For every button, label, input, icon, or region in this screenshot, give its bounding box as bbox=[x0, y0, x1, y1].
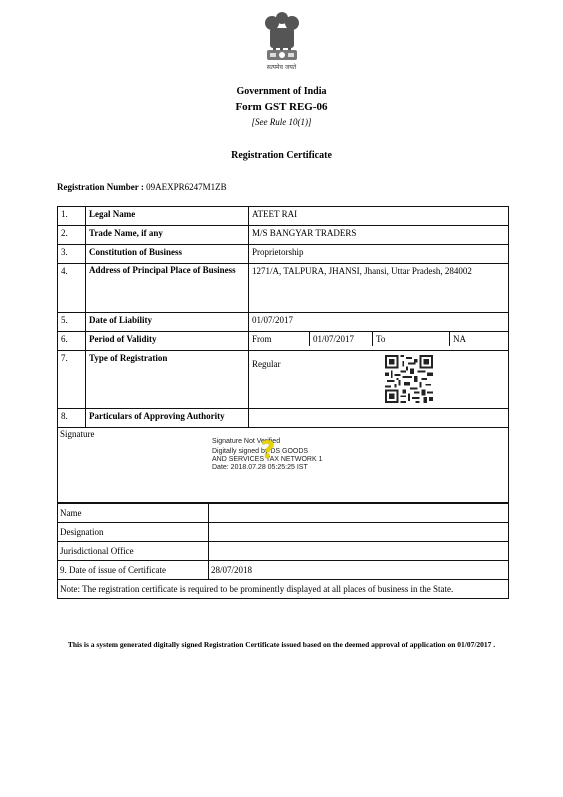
trade-name-value: M/S BANGYAR TRADERS bbox=[249, 226, 509, 245]
row-number: 1. bbox=[58, 207, 86, 226]
table-row: Jurisdictional Office bbox=[58, 542, 509, 561]
legal-name-value: ATEET RAI bbox=[249, 207, 509, 226]
signature-label: Signature bbox=[60, 429, 95, 439]
valid-to-value: NA bbox=[450, 332, 509, 346]
row-label: Address of Principal Place of Business bbox=[86, 264, 249, 313]
type-of-registration-cell: Regular bbox=[249, 351, 509, 409]
table-row: Designation bbox=[58, 523, 509, 542]
table-row: 8. Particulars of Approving Authority bbox=[58, 409, 509, 428]
table-row: 7. Type of Registration Regular bbox=[58, 351, 509, 409]
qr-code-icon bbox=[385, 354, 433, 404]
row-label: Particulars of Approving Authority bbox=[86, 409, 249, 428]
table-row: 6. Period of Validity From 01/07/2017 To… bbox=[58, 332, 509, 351]
authority-label: Jurisdictional Office bbox=[58, 542, 209, 561]
table-row: 1. Legal Name ATEET RAI bbox=[58, 207, 509, 226]
table-row: 2. Trade Name, if any M/S BANGYAR TRADER… bbox=[58, 226, 509, 245]
row-label: Trade Name, if any bbox=[86, 226, 249, 245]
signature-box: Signature Signature Not Verified Digital… bbox=[57, 426, 509, 503]
date-of-issue-value: 28/07/2018 bbox=[209, 561, 509, 580]
government-heading: Government of India bbox=[0, 86, 563, 97]
registration-number-label: Registration Number : bbox=[57, 182, 144, 192]
row-number: 8. bbox=[58, 409, 86, 428]
system-generated-footer: This is a system generated digitally sig… bbox=[0, 640, 563, 649]
row-label: Constitution of Business bbox=[86, 245, 249, 264]
registration-details-table: 1. Legal Name ATEET RAI 2. Trade Name, i… bbox=[57, 206, 509, 428]
national-emblem-icon bbox=[262, 10, 302, 68]
row-label: Legal Name bbox=[86, 207, 249, 226]
row-number: 5. bbox=[58, 313, 86, 332]
question-mark-icon[interactable]: ? bbox=[261, 436, 275, 464]
address-value: 1271/A, TALPURA, JHANSI, Jhansi, Uttar P… bbox=[249, 264, 509, 313]
rule-reference: [See Rule 10(1)] bbox=[0, 117, 563, 127]
row-number: 4. bbox=[58, 264, 86, 313]
table-row: 9. Date of issue of Certificate 28/07/20… bbox=[58, 561, 509, 580]
table-row: Note: The registration certificate is re… bbox=[58, 580, 509, 599]
row-number: 2. bbox=[58, 226, 86, 245]
registration-number-line: Registration Number : 09AEXPR6247M1ZB bbox=[57, 182, 227, 192]
valid-from-value: 01/07/2017 bbox=[310, 332, 373, 346]
authority-table: Name Designation Jurisdictional Office 9… bbox=[57, 503, 509, 599]
jurisdictional-office-value bbox=[209, 542, 509, 561]
authority-designation-value bbox=[209, 523, 509, 542]
table-row: 4. Address of Principal Place of Busines… bbox=[58, 264, 509, 313]
table-row: 5. Date of Liability 01/07/2017 bbox=[58, 313, 509, 332]
registration-number: 09AEXPR6247M1ZB bbox=[146, 182, 227, 192]
from-label: From bbox=[249, 332, 310, 346]
table-row: 3. Constitution of Business Proprietorsh… bbox=[58, 245, 509, 264]
approving-authority-value bbox=[249, 409, 509, 428]
signature-date: Date: 2018.07.28 05:25:25 IST bbox=[212, 464, 322, 472]
to-label: To bbox=[373, 332, 450, 346]
emblem-motto: सत्यमेव जयते bbox=[0, 63, 563, 71]
form-title: Form GST REG-06 bbox=[0, 101, 563, 113]
type-of-registration-value: Regular bbox=[252, 359, 505, 369]
validity-subtable: From 01/07/2017 To NA bbox=[249, 332, 508, 346]
row-label: Type of Registration bbox=[86, 351, 249, 409]
display-note: Note: The registration certificate is re… bbox=[58, 580, 509, 599]
authority-label: Designation bbox=[58, 523, 209, 542]
authority-name-value bbox=[209, 504, 509, 523]
table-row: Name bbox=[58, 504, 509, 523]
row-number: 7. bbox=[58, 351, 86, 409]
period-of-validity-cell: From 01/07/2017 To NA bbox=[249, 332, 509, 351]
row-number: 6. bbox=[58, 332, 86, 351]
row-label: Date of Liability bbox=[86, 313, 249, 332]
row-label: Period of Validity bbox=[86, 332, 249, 351]
authority-label: Name bbox=[58, 504, 209, 523]
authority-label: 9. Date of issue of Certificate bbox=[58, 561, 209, 580]
constitution-value: Proprietorship bbox=[249, 245, 509, 264]
row-number: 3. bbox=[58, 245, 86, 264]
certificate-title: Registration Certificate bbox=[0, 150, 563, 161]
date-of-liability-value: 01/07/2017 bbox=[249, 313, 509, 332]
